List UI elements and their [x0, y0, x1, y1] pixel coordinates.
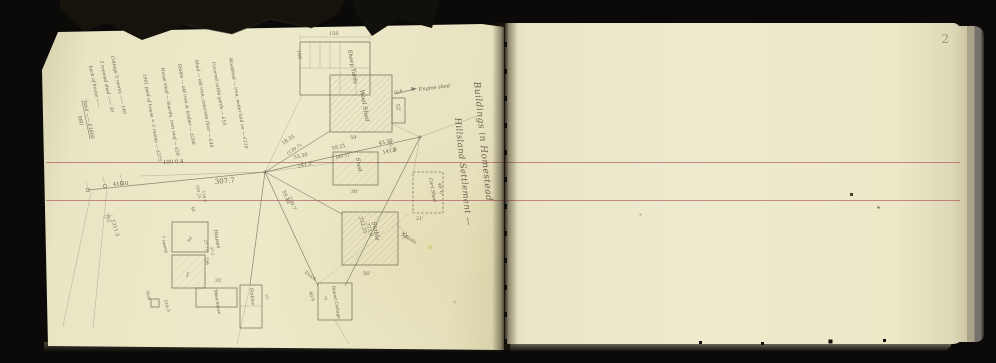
- dim-stables-width: 10': [264, 293, 270, 300]
- note-item: Shed — old iron, concrete floor — £40: [193, 59, 214, 148]
- tank-square: [151, 299, 159, 307]
- label-cart-shed: Cart Shed: [427, 177, 437, 202]
- label-cottage-number: 3: [324, 296, 327, 302]
- torn-cover-left: [60, 0, 345, 40]
- dim-wool-height: 52': [394, 103, 401, 112]
- dimension-labels: 150 100 59' 52' 16.6 30' 56' 28' 40' 6" …: [215, 31, 444, 302]
- cost-notes: Woolshed — iron, water laid on — £110 Co…: [76, 55, 249, 162]
- cover-fragments: [0, 0, 996, 60]
- sketch-title-line2: Hillsland Settlement —: [452, 116, 473, 226]
- measure-note: 150.6: [201, 190, 208, 203]
- bearing-label: 18.35: [281, 134, 296, 147]
- notebook-photo: 2: [0, 0, 996, 363]
- dim-meat-width: 35': [215, 278, 222, 284]
- dim-stable-width: 56': [363, 271, 371, 277]
- note-item: 1901 paid of house = 3 rooms — £375: [141, 73, 162, 162]
- costing-line: back of house ——: [87, 65, 102, 109]
- dim-cart-width: 21': [416, 216, 423, 222]
- note-item: Stable — old iron & timber — £200: [176, 63, 196, 145]
- label-stables: Stables: [248, 288, 256, 306]
- note-item: Woolshed — iron, water laid on — £110: [227, 57, 249, 149]
- paper-speck: [453, 300, 456, 303]
- measure-note: 27.75: [203, 239, 210, 252]
- fraction-label: 751 1311.3: [103, 213, 120, 237]
- distance-label: 307.7: [214, 176, 235, 186]
- label-tank: Tank: [145, 290, 152, 301]
- survey-sketch: Buildings in Homestead Hillsland Settlem…: [45, 28, 500, 348]
- paper-stain: [428, 245, 433, 250]
- building-houses: [151, 222, 208, 307]
- label-seven-rooms: 7 rooms: [159, 235, 168, 254]
- dim-shed-width: 30': [351, 189, 359, 195]
- bearing-label: 59.21: [331, 143, 346, 152]
- torn-cover-right: [352, 0, 440, 36]
- dim-cottage-width: 40.6: [307, 291, 316, 303]
- label-round-cottage: Round Cottage: [330, 284, 341, 319]
- offset-label: 415.0: [113, 181, 129, 188]
- costing-balance: 980: [76, 115, 84, 126]
- dim-wool-ext: 16.6: [393, 88, 403, 95]
- baseline-label: 100 0.4: [163, 159, 184, 166]
- note-item: Horse shed — boards, iron roof — £20: [159, 66, 181, 156]
- bearing-label: 241.0: [297, 161, 312, 170]
- notebook-spine: [492, 20, 518, 350]
- engine-shed-label: Engine shed: [418, 83, 451, 93]
- measure-note: 216.3: [162, 299, 170, 313]
- sketch-title-line1: Buildings in Homestead: [471, 80, 494, 202]
- label-house-2: 2: [186, 236, 193, 244]
- dim-cart-height: 40' 6": [436, 182, 444, 196]
- building-stable: [342, 212, 398, 265]
- fraction-denominator: 1311.3: [109, 219, 120, 237]
- measure-note: 37.5: [209, 246, 216, 256]
- label-meat-house: Meat house: [213, 288, 222, 315]
- measure-note: 44: [190, 206, 197, 213]
- right-page: 2: [505, 22, 965, 344]
- note-item: Covered cattle yards — £55: [210, 61, 227, 126]
- dim-wool-width: 59': [350, 135, 358, 141]
